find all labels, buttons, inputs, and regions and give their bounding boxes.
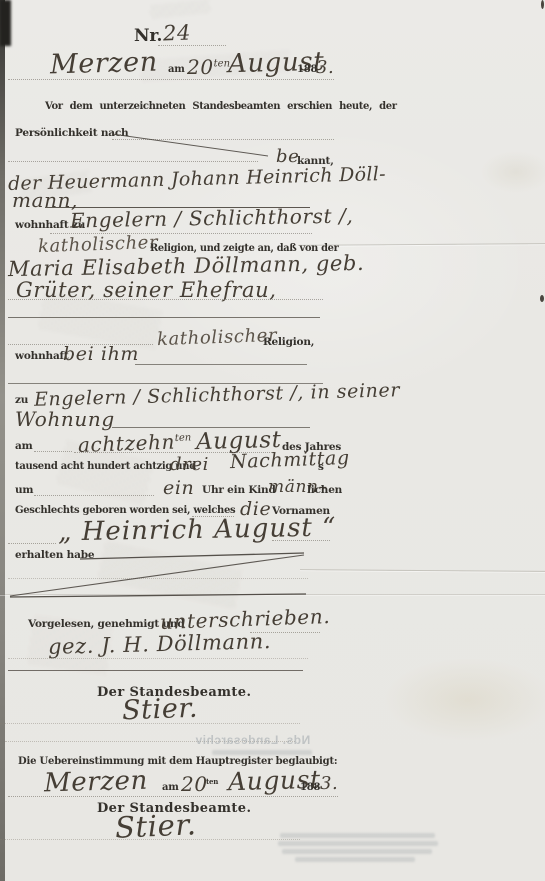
scanned-birth-record: Nr. 24 Merzen am 20ten August 188 3. Vor…: [0, 0, 545, 881]
cancellation-strokes: [0, 0, 545, 881]
